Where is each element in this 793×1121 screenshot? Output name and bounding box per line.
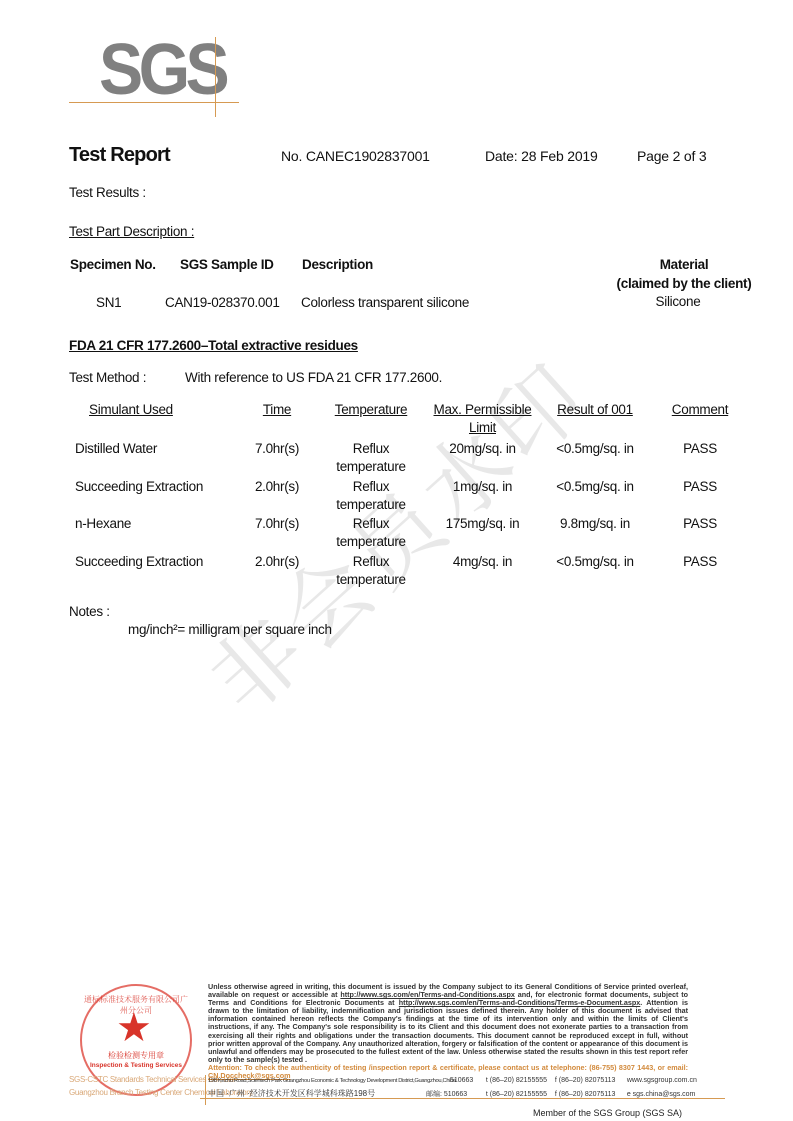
cell-temp2: temperature — [326, 459, 416, 474]
col-header-description: Description — [302, 257, 373, 272]
col-header-result: Result of 001 — [545, 402, 645, 417]
phone-en: t (86–20) 82155555 — [486, 1077, 553, 1084]
cell-simulant: Distilled Water — [75, 441, 235, 456]
website: www.sgsgroup.com.cn — [627, 1077, 697, 1084]
cell-temp1: Reflux — [326, 441, 416, 456]
address-en: 198 Kezhu Road,Scientech Park Guangzhou … — [208, 1078, 448, 1084]
col-header-temperature: Temperature — [326, 402, 416, 417]
report-date: Date: 28 Feb 2019 — [485, 148, 598, 164]
cell-simulant: n-Hexane — [75, 516, 235, 531]
cell-temp1: Reflux — [326, 479, 416, 494]
col-header-material: Material — [604, 257, 764, 272]
specimen-no: SN1 — [96, 295, 121, 310]
logo-text: SGS — [99, 34, 225, 106]
disclaimer-text-3: . Attention is drawn to the limitation o… — [208, 998, 688, 1064]
cell-temp2: temperature — [326, 572, 416, 587]
logo-rule-vertical — [215, 37, 216, 117]
cell-simulant: Succeeding Extraction — [75, 479, 235, 494]
notes-label: Notes : — [69, 604, 110, 619]
test-results-label: Test Results : — [69, 185, 146, 200]
cell-comment: PASS — [660, 554, 740, 569]
seal-cn-label: 检验检测专用章 — [82, 1050, 190, 1061]
cell-temp1: Reflux — [326, 516, 416, 531]
cell-temp1: Reflux — [326, 554, 416, 569]
col-header-specimen-no: Specimen No. — [70, 257, 156, 272]
cell-simulant: Succeeding Extraction — [75, 554, 235, 569]
cell-time: 2.0hr(s) — [247, 554, 307, 569]
watermark: 非会员水印 — [178, 329, 612, 737]
cell-limit: 175mg/sq. in — [425, 516, 540, 531]
col-header-limit: Max. Permissible — [425, 402, 540, 417]
star-icon: ★ — [116, 1008, 152, 1048]
cell-comment: PASS — [660, 479, 740, 494]
fax-cn: f (86–20) 82075113 — [555, 1091, 625, 1098]
test-method-value: With reference to US FDA 21 CFR 177.2600… — [185, 370, 442, 385]
cell-result: <0.5mg/sq. in — [545, 554, 645, 569]
cell-limit: 4mg/sq. in — [425, 554, 540, 569]
test-method-label: Test Method : — [69, 370, 146, 385]
footer-rule-vertical — [205, 1075, 206, 1105]
col-header-time: Time — [247, 402, 307, 417]
fax-en: f (86–20) 82075113 — [555, 1077, 625, 1084]
sample-material: Silicone — [604, 294, 752, 309]
cell-time: 7.0hr(s) — [247, 516, 307, 531]
cell-result: <0.5mg/sq. in — [545, 479, 645, 494]
col-header-simulant: Simulant Used — [89, 402, 173, 417]
sgs-membership-note: Member of the SGS Group (SGS SA) — [533, 1108, 682, 1118]
cell-limit: 20mg/sq. in — [425, 441, 540, 456]
col-header-limit-line2: Limit — [425, 420, 540, 435]
cell-temp2: temperature — [326, 534, 416, 549]
col-header-material-note: (claimed by the client) — [604, 276, 764, 291]
cell-time: 7.0hr(s) — [247, 441, 307, 456]
cell-temp2: temperature — [326, 497, 416, 512]
cell-comment: PASS — [660, 516, 740, 531]
phone-cn: t (86–20) 82155555 — [486, 1091, 553, 1098]
seal-en-label: Inspection & Testing Services — [82, 1062, 190, 1069]
cell-time: 2.0hr(s) — [247, 479, 307, 494]
page-indicator: Page 2 of 3 — [637, 148, 706, 164]
cell-comment: PASS — [660, 441, 740, 456]
section-title: FDA 21 CFR 177.2600–Total extractive res… — [69, 338, 358, 353]
notes-text: mg/inch²= milligram per square inch — [128, 622, 332, 637]
test-part-description-label: Test Part Description : — [69, 224, 194, 239]
sample-description: Colorless transparent silicone — [301, 295, 469, 310]
legal-disclaimer: Unless otherwise agreed in writing, this… — [208, 983, 688, 1080]
col-header-comment: Comment — [660, 402, 740, 417]
report-title: Test Report — [69, 144, 170, 167]
col-header-sample-id: SGS Sample ID — [180, 257, 274, 272]
postcode-en: 510663 — [450, 1077, 484, 1084]
report-number: No. CANEC1902837001 — [281, 148, 430, 164]
sample-id: CAN19-028370.001 — [165, 295, 280, 310]
footer-rule-horizontal — [200, 1098, 725, 1099]
cell-result: 9.8mg/sq. in — [545, 516, 645, 531]
cell-limit: 1mg/sq. in — [425, 479, 540, 494]
cell-result: <0.5mg/sq. in — [545, 441, 645, 456]
logo-rule-horizontal — [69, 102, 239, 103]
address-line-en: 198 Kezhu Road,Scientech Park Guangzhou … — [208, 1077, 697, 1084]
email: e sgs.china@sgs.com — [627, 1091, 696, 1098]
